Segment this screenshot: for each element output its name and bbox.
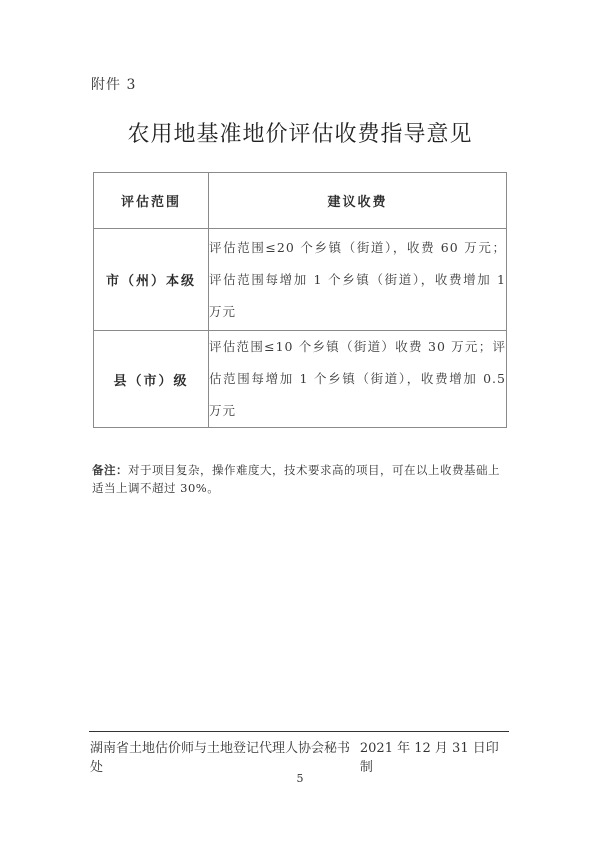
footer-divider bbox=[89, 731, 509, 732]
print-date: 2021 年 12 月 31 日印制 bbox=[360, 737, 510, 775]
remark-text: 对于项目复杂，操作难度大，技术要求高的项目，可在以上收费基础上适当上调不超过 3… bbox=[92, 463, 500, 495]
fee-cell: 评估范围≤20 个乡镇（街道），收费 60 万元；评估范围每增加 1 个乡镇（街… bbox=[209, 229, 507, 331]
attachment-label: 附件 3 bbox=[91, 74, 136, 94]
table-row: 市（州）本级 评估范围≤20 个乡镇（街道），收费 60 万元；评估范围每增加 … bbox=[94, 229, 507, 331]
table-row: 县（市）级 评估范围≤10 个乡镇（街道）收费 30 万元；评估范围每增加 1 … bbox=[94, 331, 507, 428]
fee-table: 评估范围 建议收费 市（州）本级 评估范围≤20 个乡镇（街道），收费 60 万… bbox=[93, 172, 507, 428]
scope-cell: 市（州）本级 bbox=[94, 229, 209, 331]
page-number: 5 bbox=[0, 772, 600, 785]
remark-label: 备注： bbox=[92, 463, 128, 477]
remark: 备注：对于项目复杂，操作难度大，技术要求高的项目，可在以上收费基础上适当上调不超… bbox=[92, 461, 508, 497]
fee-cell: 评估范围≤10 个乡镇（街道）收费 30 万元；评估范围每增加 1 个乡镇（街道… bbox=[209, 331, 507, 428]
scope-cell: 县（市）级 bbox=[94, 331, 209, 428]
document-title: 农用地基准地价评估收费指导意见 bbox=[0, 117, 600, 148]
issuer: 湖南省土地估价师与土地登记代理人协会秘书处 bbox=[90, 737, 360, 775]
footer: 湖南省土地估价师与土地登记代理人协会秘书处 2021 年 12 月 31 日印制 bbox=[90, 737, 510, 775]
column-header-fee: 建议收费 bbox=[209, 173, 507, 229]
table-header-row: 评估范围 建议收费 bbox=[94, 173, 507, 229]
column-header-scope: 评估范围 bbox=[94, 173, 209, 229]
